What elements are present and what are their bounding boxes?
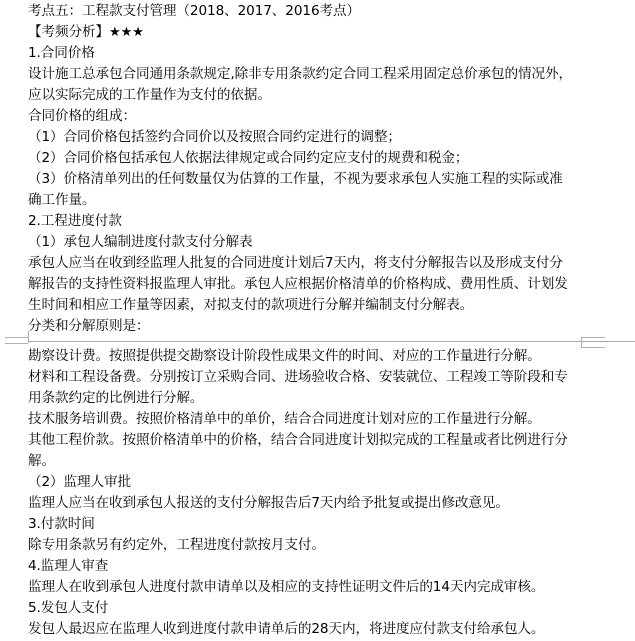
frequency-analysis: 【考频分析】★★★	[28, 22, 588, 43]
heading-contract-price: 1.合同价格	[28, 43, 588, 64]
paragraph-line: 勘察设计费。按照提供提交勘察设计阶段性成果文件的时间、对应的工作量进行分解。	[28, 346, 588, 367]
paragraph-line: 设计施工总承包合同通用条款规定,除非专用条款约定合同工程采用固定总价承包的情况外…	[28, 64, 588, 85]
document-page-2: 勘察设计费。按照提供提交勘察设计阶段性成果文件的时间、对应的工作量进行分解。 材…	[0, 346, 635, 640]
paragraph-line: 生时间和相应工作量等因素，对拟支付的款项进行分解并编制支付分解表。	[28, 295, 588, 316]
heading-payment-time: 3.付款时间	[28, 514, 588, 535]
paragraph-line: 其他工程价款。按照价格清单中的价格，结合合同进度计划拟完成的工程量或者比例进行分	[28, 430, 588, 451]
star-rating-icon: ★★★	[109, 25, 144, 40]
paragraph-line: 除专用条款另有约定外，工程进度付款按月支付。	[28, 535, 588, 556]
paragraph-line: 监理人在收到承包人进度付款申请单以及相应的支持性证明文件后的14天内完成审核。	[28, 577, 588, 598]
section-title: 考点五：工程款支付管理（2018、2017、2016考点）	[28, 1, 588, 22]
page-corner-mark-left-vertical	[28, 331, 29, 343]
heading-progress-payment: 2.工程进度付款	[28, 211, 588, 232]
paragraph-line: 分类和分解原则是：	[28, 316, 588, 337]
paragraph-line: 材料和工程设备费。分别按订立采购合同、进场验收合格、安装就位、工程竣工等阶段和专	[28, 367, 588, 388]
paragraph-line: 技术服务培训费。按照价格清单中的单价，结合合同进度计划对应的工作量进行分解。	[28, 409, 588, 430]
subheading: （2）监理人审批	[28, 472, 588, 493]
paragraph-line: 解。	[28, 451, 588, 472]
subheading: （1）承包人编制进度付款支付分解表	[28, 232, 588, 253]
list-item: （2）合同价格包括承包人依据法律规定或合同约定应支付的规费和税金；	[28, 148, 588, 169]
frequency-label: 【考频分析】	[28, 24, 109, 40]
paragraph-line: 解报告的支持性资料报监理人审批。承包人应根据价格清单的价格构成、费用性质、计划发	[28, 274, 588, 295]
page-corner-mark-right-h1	[581, 337, 605, 338]
heading-supervisor-review: 4.监理人审查	[28, 556, 588, 577]
list-item: （1）合同价格包括签约合同价以及按照合同约定进行的调整；	[28, 127, 588, 148]
page-corner-mark-left-h1	[5, 337, 28, 338]
paragraph-line: 应以实际完成的工作量作为支付的依据。	[28, 85, 588, 106]
page-break-line	[28, 341, 635, 342]
paragraph-line: 发包人最迟应在监理人收到进度付款申请单后的28天内，将进度应付款支付给承包人。	[28, 619, 588, 640]
heading-employer-payment: 5.发包人支付	[28, 598, 588, 619]
paragraph-line: 合同价格的组成：	[28, 106, 588, 127]
paragraph-line: 确工作量。	[28, 190, 588, 211]
document-page-1: 考点五：工程款支付管理（2018、2017、2016考点） 【考频分析】★★★ …	[0, 1, 635, 337]
paragraph-line: 监理人应当在收到承包人报送的支付分解报告后7天内给予批复或提出修改意见。	[28, 493, 588, 514]
page-corner-mark-left-h2	[5, 343, 28, 344]
list-item: （3）价格清单列出的任何数量仅为估算的工作量，不视为要求承包人实施工程的实际或准	[28, 169, 588, 190]
paragraph-line: 承包人应当在收到经监理人批复的合同进度计划后7天内，将支付分解报告以及形成支付分	[28, 253, 588, 274]
paragraph-line: 用条款约定的比例进行分解。	[28, 388, 588, 409]
